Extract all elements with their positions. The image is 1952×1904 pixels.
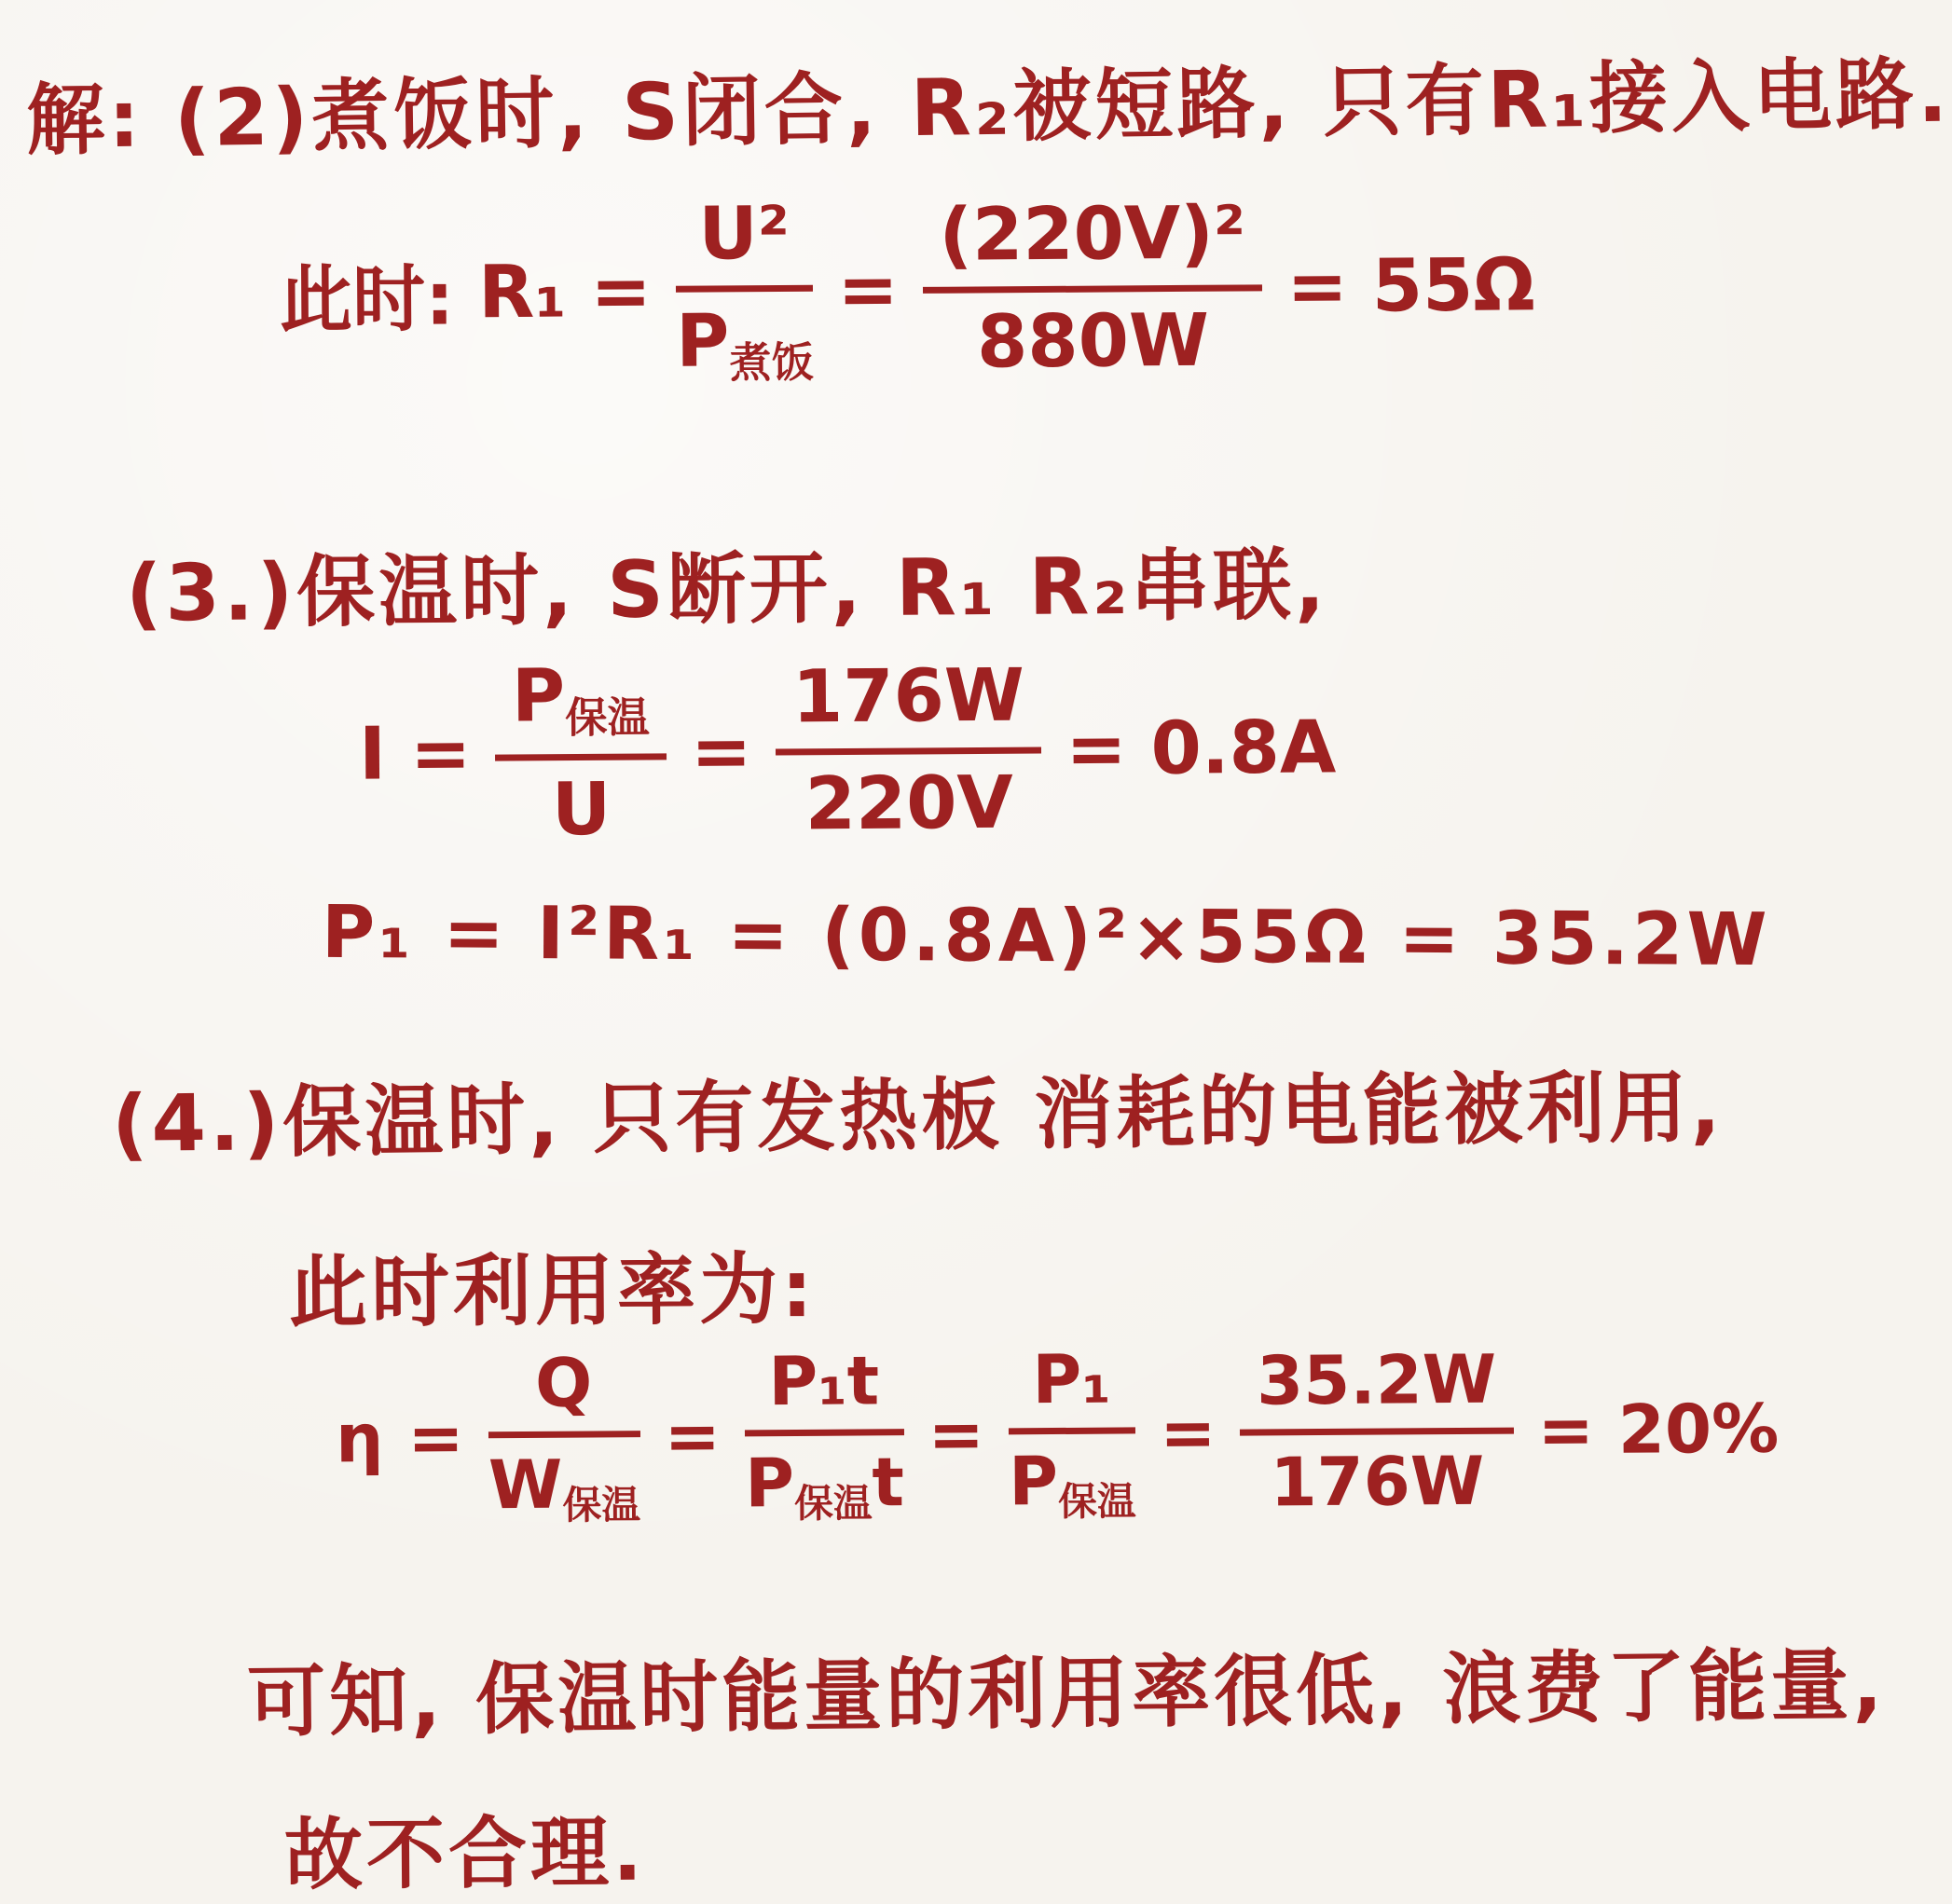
formula-r1-result: 55Ω bbox=[1372, 243, 1535, 328]
equals-sign: = bbox=[590, 250, 652, 334]
final-verdict-text: 故不合理. bbox=[284, 1807, 647, 1901]
denominator-subscript: 保温 bbox=[562, 1482, 640, 1528]
equals-sign: = bbox=[1537, 1390, 1594, 1469]
equals-sign: = bbox=[664, 1396, 721, 1474]
equals-sign: = bbox=[410, 712, 472, 796]
part2-intro-text: 解: (2)煮饭时, S闭合, R₂被短路, 只有R₁接入电路. bbox=[26, 48, 1952, 167]
line-conclusion: 可知, 保温时能量的利用率很低, 浪费了能量, bbox=[246, 1623, 1886, 1752]
fraction-pkeepwarm-over-u: P保温 U bbox=[495, 653, 667, 852]
formula-current-lhs: I bbox=[359, 712, 387, 796]
formula-current-result: 0.8A bbox=[1150, 705, 1336, 790]
fraction-numerator: Q bbox=[488, 1343, 640, 1438]
fraction-denominator: P煮饭 bbox=[676, 292, 814, 390]
line-final-verdict: 故不合理. bbox=[284, 1790, 647, 1904]
formula-efficiency-lhs: η bbox=[336, 1399, 384, 1477]
handwritten-solution-page: 解: (2)煮饭时, S闭合, R₂被短路, 只有R₁接入电路. 此时: R₁ … bbox=[0, 0, 1952, 1904]
formula-r1: 此时: R₁ = U² P煮饭 = (220V)² 880W = 55Ω bbox=[279, 186, 1535, 392]
efficiency-label-text: 此时利用率为: bbox=[289, 1243, 817, 1338]
line-part2-intro: 解: (2)煮饭时, S闭合, R₂被短路, 只有R₁接入电路. bbox=[25, 32, 1951, 171]
fraction-q-over-wkeepwarm: Q W保温 bbox=[488, 1343, 640, 1530]
fraction-denominator: P保温 bbox=[1009, 1433, 1136, 1527]
formula-r1-label: 此时: bbox=[280, 240, 455, 346]
equals-sign: = bbox=[407, 1398, 464, 1476]
fraction-numerator: U² bbox=[675, 192, 813, 293]
equals-sign: = bbox=[837, 248, 899, 332]
equals-sign: = bbox=[928, 1394, 984, 1473]
fraction-numerator: 35.2W bbox=[1240, 1340, 1514, 1436]
equals-sign: = bbox=[1160, 1393, 1217, 1472]
part4-intro-text: (4.)保温时, 只有发热板 消耗的电能被利用, bbox=[112, 1062, 1725, 1170]
fraction-220v2-over-880w: (220V)² 880W bbox=[922, 192, 1263, 386]
line-part4-intro: (4.)保温时, 只有发热板 消耗的电能被利用, bbox=[111, 1045, 1725, 1174]
fraction-numerator: P₁t bbox=[744, 1341, 903, 1436]
fraction-numerator: P₁ bbox=[1008, 1339, 1135, 1434]
fraction-denominator: P保温t bbox=[745, 1435, 904, 1528]
fraction-352w-over-176w: 35.2W 176W bbox=[1240, 1340, 1514, 1522]
denominator-tail: t bbox=[872, 1443, 904, 1521]
fraction-numerator: 176W bbox=[776, 654, 1042, 756]
numerator-subscript: 保温 bbox=[565, 692, 650, 743]
equals-sign: = bbox=[691, 710, 752, 794]
fraction-numerator: P保温 bbox=[495, 653, 667, 760]
line-part3-intro: (3.)保温时, S断开, R₁ R₂串联, bbox=[126, 522, 1329, 643]
formula-efficiency-result: 20% bbox=[1618, 1389, 1780, 1468]
denominator-subscript: 煮饭 bbox=[729, 337, 814, 388]
formula-r1-lhs: R₁ bbox=[478, 250, 567, 335]
fraction-denominator: W保温 bbox=[488, 1437, 641, 1530]
fraction-p1t-over-pkeepwarmt: P₁t P保温t bbox=[744, 1341, 904, 1528]
formula-p1: P₁ = I²R₁ = (0.8A)²×55Ω = 35.2W bbox=[322, 891, 1771, 982]
fraction-denominator: 220V bbox=[776, 754, 1042, 847]
fraction-u2-over-pcook: U² P煮饭 bbox=[675, 192, 814, 390]
equals-sign: = bbox=[1286, 245, 1348, 329]
denominator-subscript: 保温 bbox=[794, 1480, 873, 1527]
denominator-subscript: 保温 bbox=[1058, 1478, 1136, 1525]
fraction-p1-over-pkeepwarm: P₁ P保温 bbox=[1008, 1339, 1136, 1527]
fraction-denominator: 880W bbox=[923, 292, 1263, 386]
formula-efficiency: η = Q W保温 = P₁t P保温t = P₁ P保温 = 35.2W 17… bbox=[335, 1336, 1780, 1531]
part3-intro-text: (3.)保温时, S断开, R₁ R₂串联, bbox=[126, 539, 1329, 638]
fraction-denominator: 176W bbox=[1241, 1434, 1515, 1522]
line-efficiency-label: 此时利用率为: bbox=[289, 1226, 817, 1343]
conclusion-text: 可知, 保温时能量的利用率很低, 浪费了能量, bbox=[247, 1639, 1887, 1747]
fraction-denominator: U bbox=[495, 760, 667, 852]
formula-current: I = P保温 U = 176W 220V = 0.8A bbox=[358, 649, 1337, 853]
fraction-176w-over-220v: 176W 220V bbox=[776, 654, 1042, 847]
equals-sign: = bbox=[1065, 707, 1127, 791]
fraction-numerator: (220V)² bbox=[922, 192, 1262, 295]
formula-p1-text: P₁ = I²R₁ = (0.8A)²×55Ω = 35.2W bbox=[322, 891, 1771, 982]
